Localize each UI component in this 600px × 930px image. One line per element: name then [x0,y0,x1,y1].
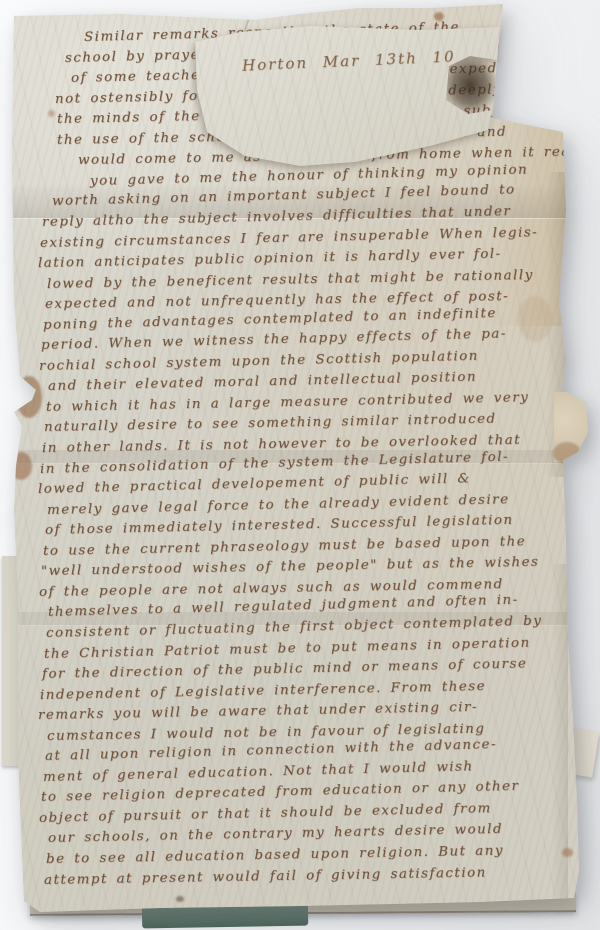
manuscript-line: independent of Legislative interference.… [40,679,486,703]
manuscript-line: our schools, on the contrary my hearts d… [48,822,503,846]
stain [518,296,552,342]
torn-flap-paper: Horton Mar 13th 10 [190,24,510,174]
manuscript-line: lowed by the beneficent results that mig… [47,268,534,292]
stain [16,376,42,418]
stain [562,848,573,857]
manuscript-line: "well understood wishes of the people" b… [41,555,540,579]
manuscript-line: to use the current phraseology must be b… [43,534,526,559]
stain [48,110,55,117]
manuscript-line: be to see all education based upon relig… [46,843,504,867]
manuscript-line: lation anticipates public opinion it is … [38,247,502,271]
stain [10,452,32,480]
photo-background: Similar remarks respecting the state of … [0,0,600,930]
paper-texture [190,24,510,174]
torn-flap: Horton Mar 13th 10 [190,24,510,174]
manuscript-line: naturally desire to see something simila… [44,412,497,435]
stain [434,12,444,21]
manuscript-line: object of pursuit or that it should be e… [39,801,492,826]
manuscript-line: rochial school system upon the Scottish … [39,349,479,374]
manuscript-line: attempt at present would fail of giving … [44,865,487,888]
stain [176,896,184,902]
manuscript-line: remarks you will be aware that under exi… [38,700,478,723]
manuscript-line: and their elevated moral and intellectua… [48,370,477,394]
manuscript-line: reply altho the subject involves difficu… [42,204,512,230]
manuscript-line: to which it has in a large measure contr… [46,390,530,415]
manuscript-line: of those immediately interested. Success… [45,513,514,538]
stain [553,442,581,464]
stain [555,94,567,103]
